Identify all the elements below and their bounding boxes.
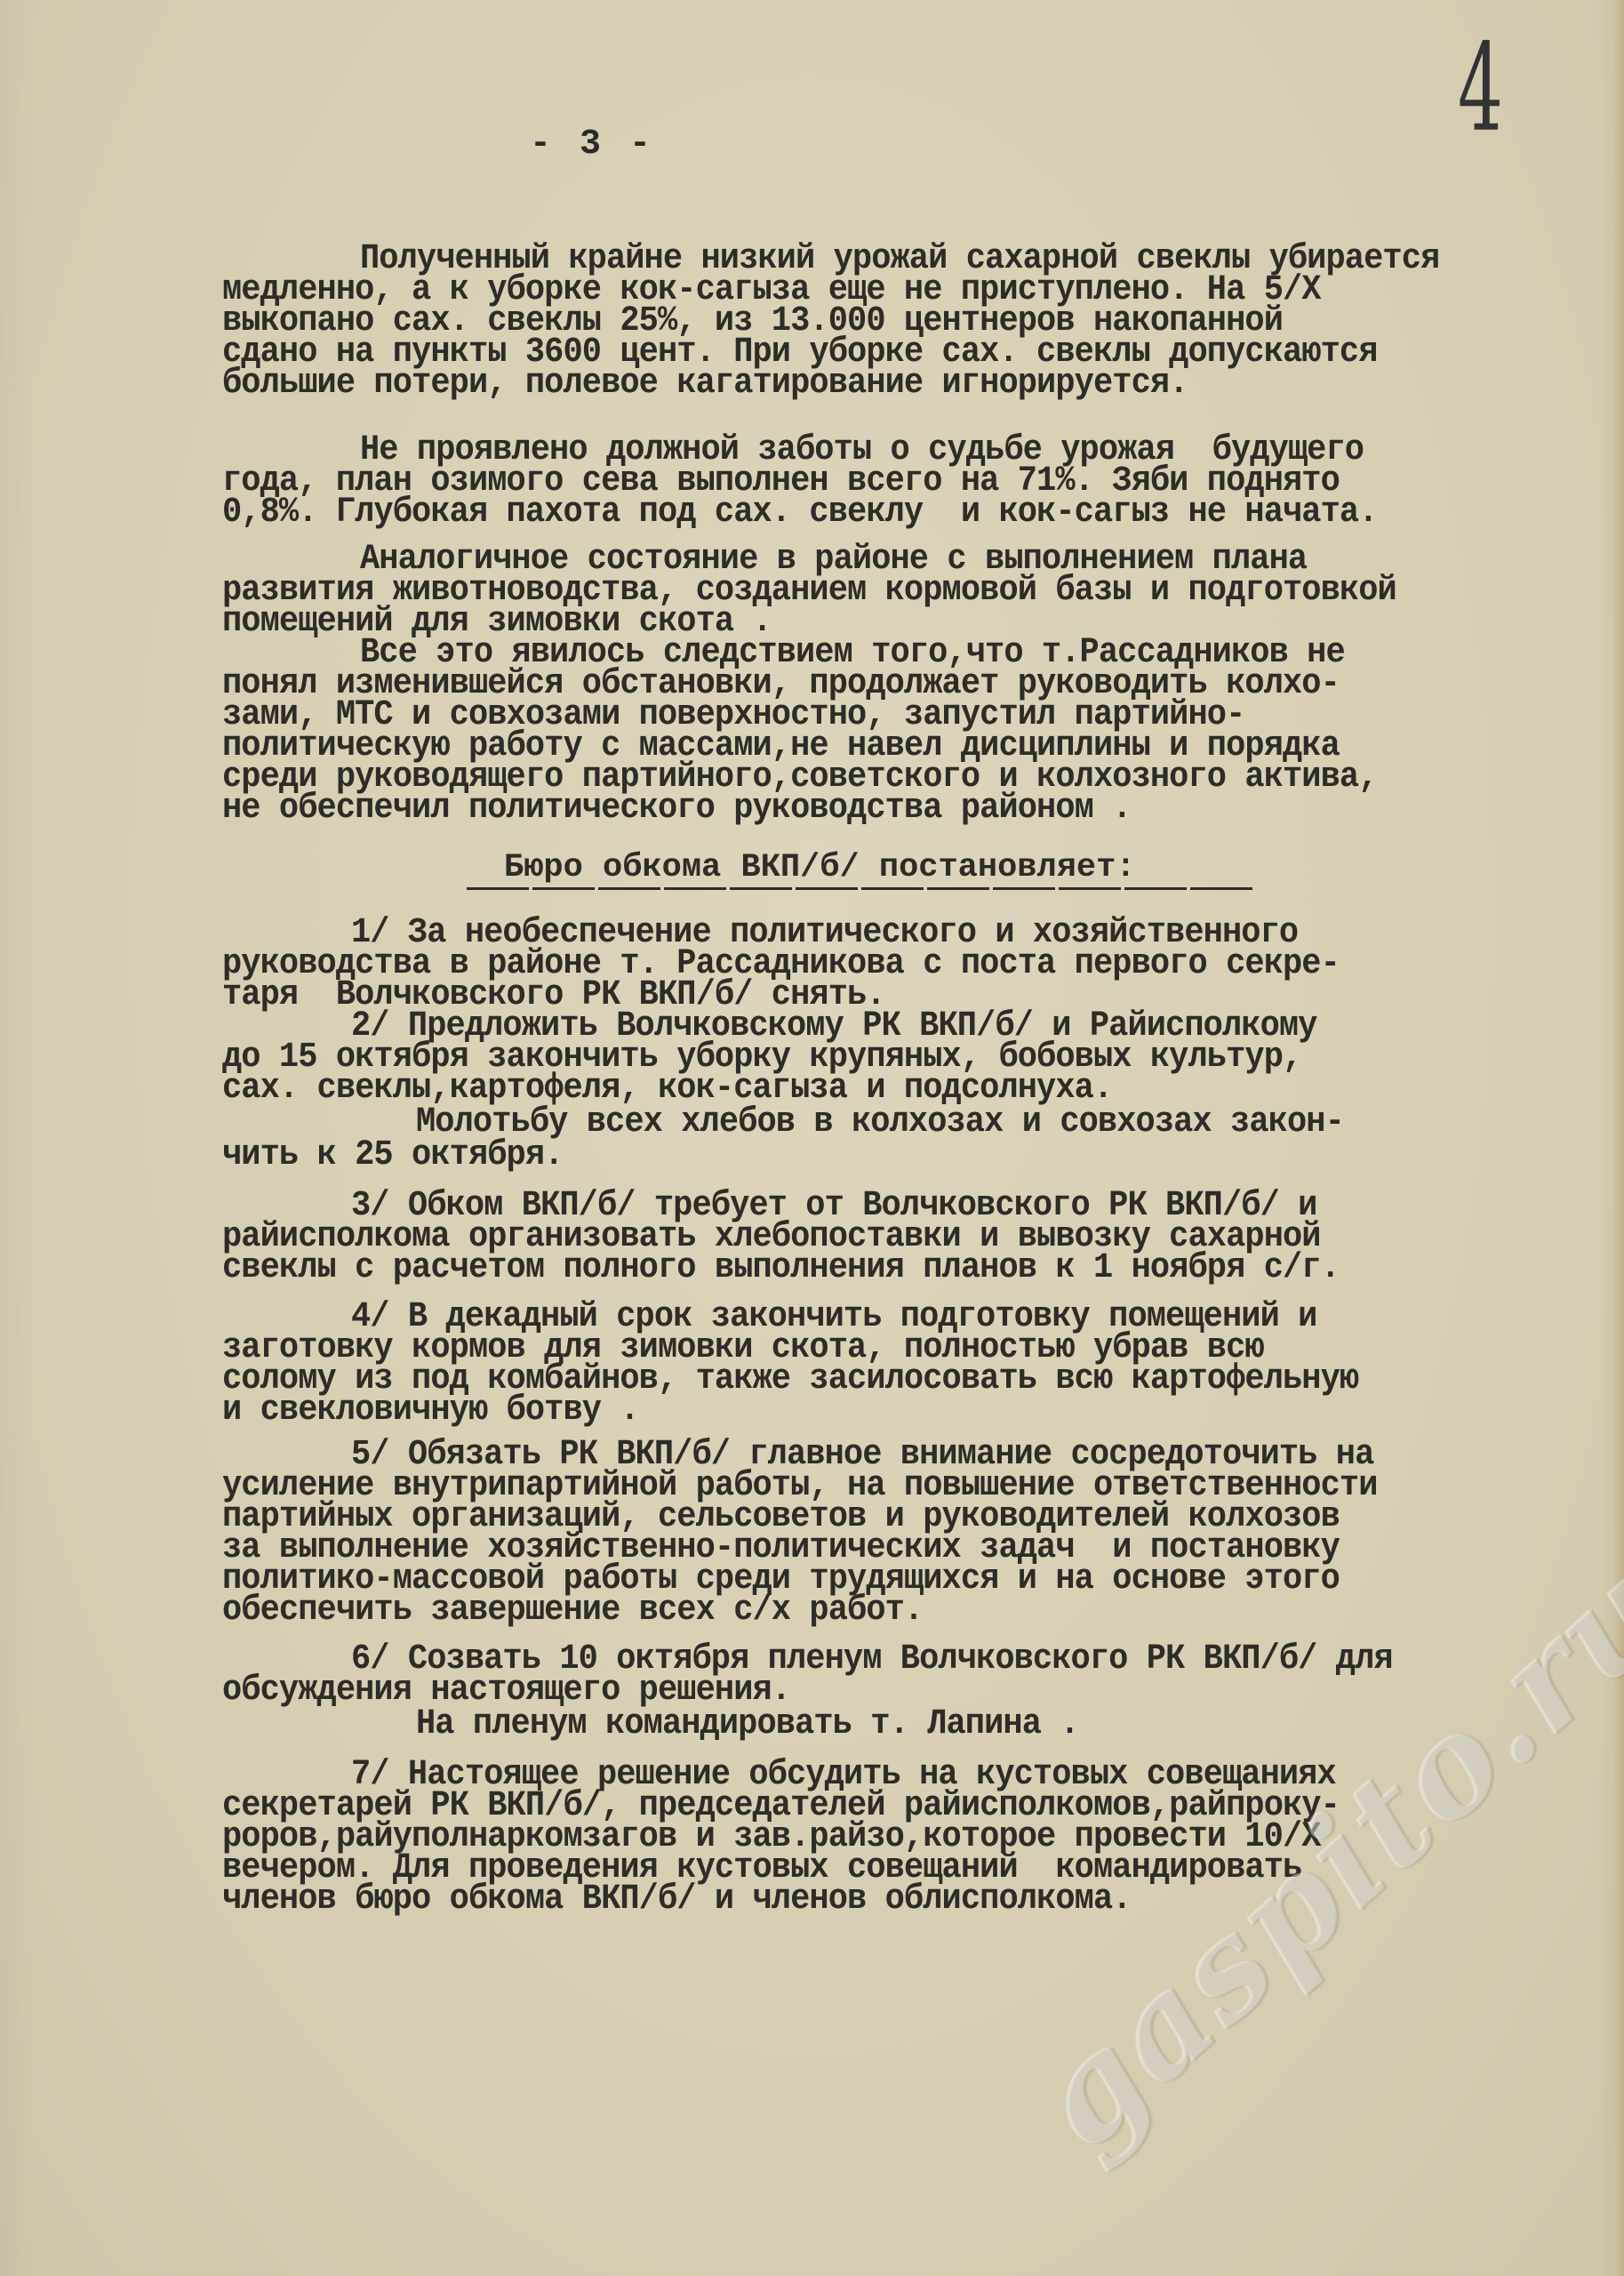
text-line: 0,8%. Глубокая пахота под сах. свеклу и … xyxy=(222,495,1378,530)
text-line: На пленум командировать т. Лапина . xyxy=(416,1707,1079,1742)
text-line: свеклы с расчетом полного выполнения пла… xyxy=(222,1251,1340,1286)
text-line: и свекловичную ботву . xyxy=(222,1393,639,1428)
text-line: обеспечить завершение всех с/х работ. xyxy=(222,1593,923,1628)
text-line: членов бюро обкома ВКП/б/ и членов облис… xyxy=(222,1882,1132,1917)
text-line: не обеспечил политического руководства р… xyxy=(222,791,1132,826)
paper-edge xyxy=(1613,0,1624,2276)
text-line: обсуждения настоящего решения. xyxy=(222,1673,790,1708)
page-number: - 3 - xyxy=(530,124,654,164)
text-line: сах. свеклы,картофеля, кок-сагыза и подс… xyxy=(222,1071,1112,1106)
handwritten-sheet-number: 4 xyxy=(1458,18,1503,158)
heading-underline xyxy=(467,887,1253,890)
text-line: чить к 25 октября. xyxy=(222,1138,563,1173)
resolution-heading: Бюро обкома ВКП/б/ постановляет: xyxy=(504,849,1136,886)
text-line: большие потери, полевое кагатирование иг… xyxy=(222,366,1188,401)
